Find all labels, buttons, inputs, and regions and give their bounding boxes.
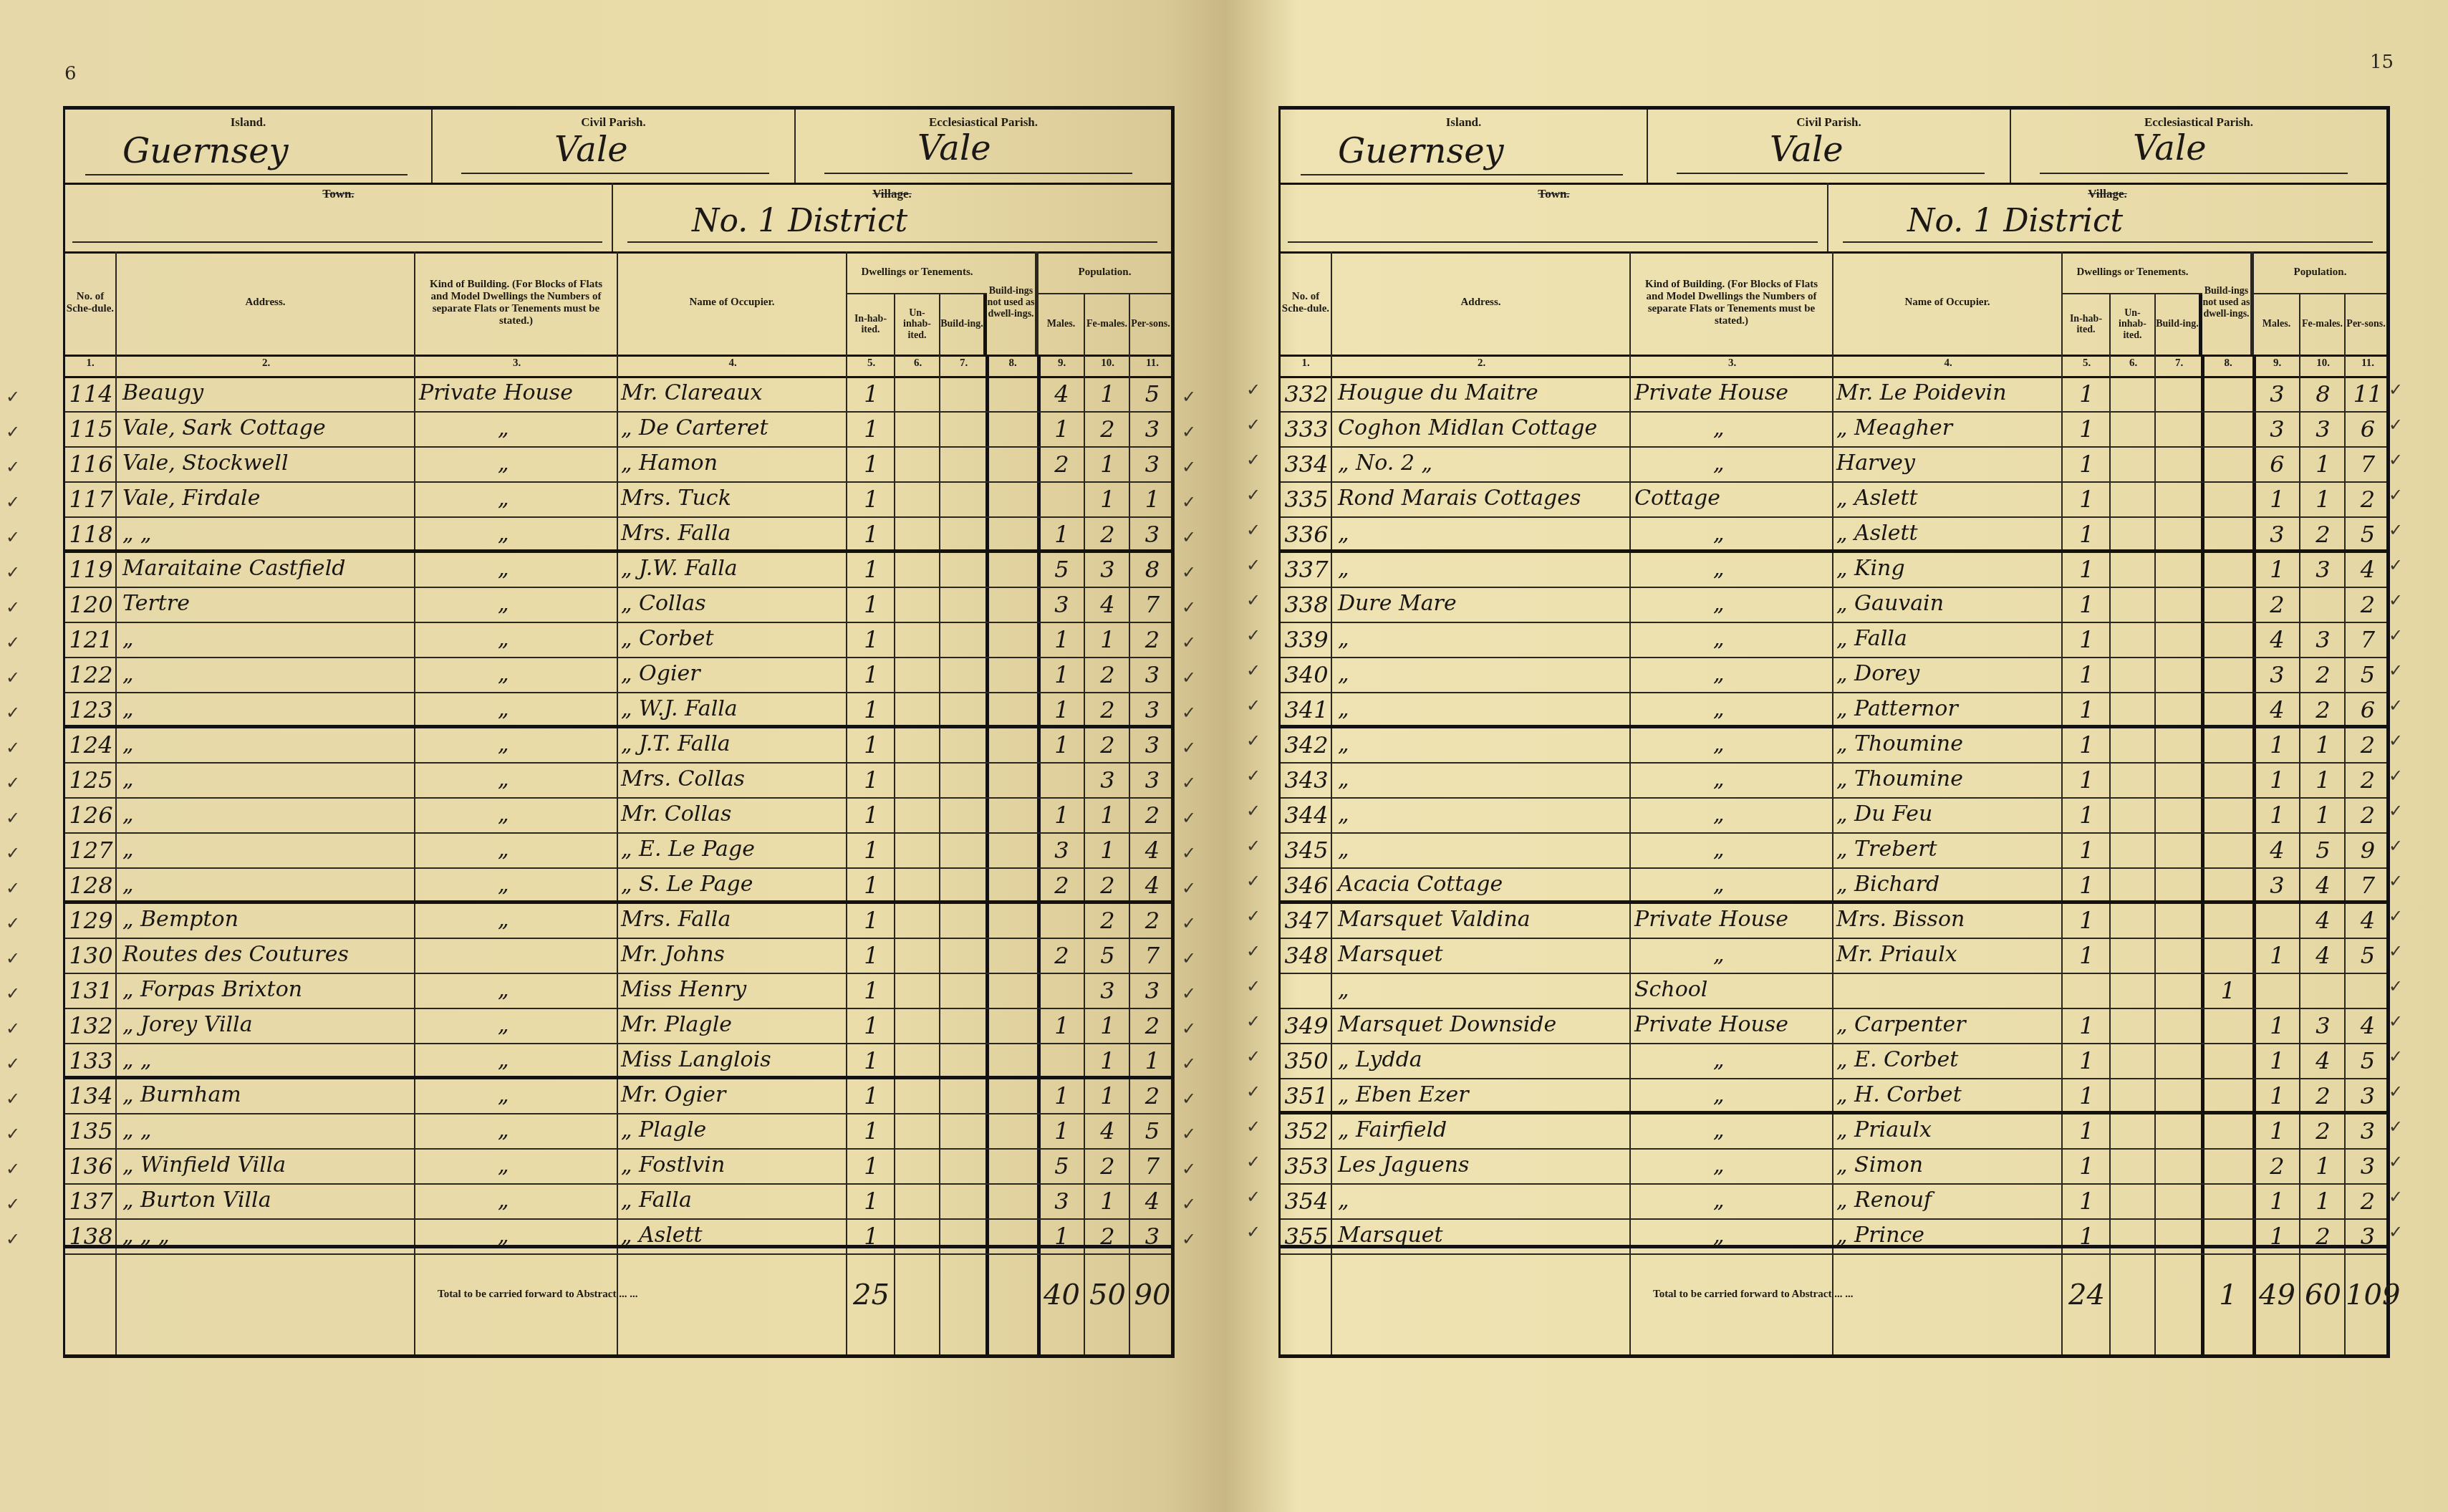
check-mark-icon: ✓	[6, 1159, 20, 1179]
address: „ Burton Villa	[122, 1188, 271, 1213]
schedule-number: 119	[68, 556, 114, 583]
town-label: Town.	[1281, 187, 1827, 201]
address: „	[122, 696, 134, 721]
inhabited-count: 1	[847, 486, 895, 513]
kind-of-building: „	[498, 696, 509, 721]
occupier-name: „ Priaulx	[1836, 1117, 1932, 1142]
column-number: 4.	[1833, 357, 2063, 370]
males-count: 2	[1039, 942, 1085, 969]
check-mark-icon: ✓	[6, 387, 20, 407]
check-mark-icon: ✓	[1182, 1019, 1196, 1039]
check-mark-icon: ✓	[1182, 1194, 1196, 1214]
col-building-header: Build-ing.	[940, 294, 987, 355]
males-count: 1	[2254, 766, 2300, 794]
page-number: 6	[64, 63, 77, 85]
check-mark-icon: ✓	[1182, 1089, 1196, 1109]
island-cell: Island. Guernsey	[65, 110, 433, 183]
check-mark-icon: ✓	[1182, 878, 1196, 898]
check-mark-icon: ✓	[2389, 1152, 2403, 1172]
persons-count: 7	[1130, 942, 1175, 969]
census-row: 346Acacia Cottage„„ Bichard1347	[1281, 867, 2386, 904]
population-group-header: Population.	[2254, 251, 2386, 294]
inhabited-count: 1	[2063, 1082, 2111, 1109]
females-count: 4	[2300, 1047, 2346, 1074]
civil-parish-value: Vale	[554, 130, 628, 170]
inhabited-count: 1	[847, 1117, 895, 1145]
occupier-name: Mrs. Falla	[621, 907, 731, 932]
check-mark-icon: ✓	[6, 983, 20, 1003]
address: „	[1338, 766, 1349, 791]
address: Marsquet	[1338, 1223, 1443, 1248]
census-row: 334„ No. 2 „„Harvey1617	[1281, 446, 2386, 483]
check-mark-icon: ✓	[2389, 836, 2403, 856]
schedule-number: 345	[1283, 837, 1329, 864]
inhabited-count: 1	[847, 1047, 895, 1074]
inhabited-count: 1	[2063, 486, 2111, 513]
persons-count: 3	[2346, 1152, 2390, 1180]
check-mark-icon: ✓	[2389, 660, 2403, 680]
col-inhabited-header: In-hab-ited.	[847, 294, 895, 355]
females-count: 1	[1085, 837, 1130, 864]
persons-count: 4	[2346, 1012, 2390, 1039]
check-mark-icon: ✓	[1246, 555, 1261, 575]
column-number: 1.	[65, 357, 115, 370]
females-count: 1	[1085, 1047, 1130, 1074]
persons-count: 2	[2346, 766, 2390, 794]
males-count: 1	[1039, 521, 1085, 548]
inhabited-count: 1	[847, 521, 895, 548]
schedule-number: 118	[68, 521, 114, 548]
dwellings-group-header: Dwellings or Tenements.	[847, 251, 987, 294]
persons-count: 3	[2346, 1117, 2390, 1145]
address: „	[122, 731, 134, 756]
check-mark-icon: ✓	[1182, 1229, 1196, 1249]
males-count: 3	[2254, 661, 2300, 688]
check-mark-icon: ✓	[1246, 625, 1261, 645]
females-count: 2	[2300, 696, 2346, 723]
inhabited-count: 1	[2063, 801, 2111, 829]
town-cell: Town.	[65, 183, 613, 251]
kind-of-building: „	[1713, 801, 1725, 827]
inhabited-count: 1	[2063, 1117, 2111, 1145]
males-count: 6	[2254, 451, 2300, 478]
males-count: 5	[1039, 1152, 1085, 1180]
occupier-name: „ Meagher	[1836, 415, 1952, 440]
schedule-number: 117	[68, 486, 114, 513]
persons-count: 1	[1130, 1047, 1175, 1074]
kind-of-building: „	[498, 1082, 509, 1107]
town-cell: Town.	[1281, 183, 1828, 251]
kind-of-building: „	[498, 661, 509, 686]
inhabited-count: 1	[847, 837, 895, 864]
island-cell: Island. Guernsey	[1281, 110, 1648, 183]
address: „	[1338, 977, 1349, 1002]
address: „ Bempton	[122, 907, 238, 932]
col-name-header: Name of Occupier.	[618, 251, 847, 355]
check-mark-icon: ✓	[6, 457, 20, 477]
occupier-name: „ Bichard	[1836, 872, 1939, 897]
census-row: 114BeaugyPrivate HouseMr. Clareaux1415	[65, 376, 1171, 413]
males-count: 1	[2254, 1188, 2300, 1215]
persons-count: 3	[1130, 731, 1175, 759]
schedule-number: 333	[1283, 415, 1329, 443]
check-mark-icon: ✓	[6, 597, 20, 617]
kind-of-building: „	[1713, 626, 1725, 651]
total-not-dwellings: 1	[2202, 1279, 2254, 1311]
census-row: 335Rond Marais CottagesCottage„ Aslett11…	[1281, 481, 2386, 518]
address: Routes des Coutures	[122, 942, 349, 967]
occupier-name: „ J.T. Falla	[621, 731, 731, 756]
females-count: 3	[1085, 977, 1130, 1004]
not-dwelling-count: 1	[2202, 977, 2254, 1004]
persons-count: 3	[1130, 661, 1175, 688]
census-row: 118„ „„Mrs. Falla1123	[65, 516, 1171, 553]
check-mark-icon: ✓	[2389, 906, 2403, 926]
address: Vale, Stockwell	[122, 451, 289, 476]
column-number: 4.	[618, 357, 847, 370]
check-mark-icon: ✓	[1182, 738, 1196, 758]
inhabited-count: 1	[2063, 1012, 2111, 1039]
check-mark-icon: ✓	[1246, 871, 1261, 891]
address: „ Fairfield	[1338, 1117, 1447, 1142]
kind-of-building: „	[1713, 766, 1725, 791]
schedule-number: 337	[1283, 556, 1329, 583]
occupier-name: „ Aslett	[621, 1223, 703, 1248]
males-count: 4	[1039, 380, 1085, 408]
schedule-number: 353	[1283, 1152, 1329, 1180]
col-males-header: Males.	[1039, 294, 1085, 355]
inhabited-count: 1	[2063, 1152, 2111, 1180]
census-row: 342„„„ Thoumine1112	[1281, 727, 2386, 764]
col-persons-header: Per-sons.	[1130, 294, 1171, 355]
check-mark-icon: ✓	[1182, 422, 1196, 442]
schedule-number: 116	[68, 451, 114, 478]
females-count: 1	[2300, 1152, 2346, 1180]
males-count: 1	[1039, 1117, 1085, 1145]
check-mark-icon: ✓	[6, 422, 20, 442]
check-mark-icon: ✓	[1182, 597, 1196, 617]
civil-parish-label: Civil Parish.	[1648, 115, 2010, 130]
col-persons-header: Per-sons.	[2346, 294, 2386, 355]
occupier-name: „ Aslett	[1836, 486, 1918, 511]
check-mark-icon: ✓	[6, 948, 20, 968]
check-mark-icon: ✓	[1246, 801, 1261, 821]
census-row: 347Marsquet ValdinaPrivate HouseMrs. Bis…	[1281, 902, 2386, 939]
persons-count: 2	[1130, 801, 1175, 829]
kind-of-building: „	[1713, 521, 1725, 546]
males-count: 1	[2254, 1082, 2300, 1109]
census-row: 129„ Bempton„Mrs. Falla122	[65, 902, 1171, 939]
census-row: 117Vale, Firdale„Mrs. Tuck111	[65, 481, 1171, 518]
males-count: 1	[1039, 1082, 1085, 1109]
district-value: No. 1 District	[1907, 203, 2123, 239]
occupier-name: „ Trebert	[1836, 837, 1937, 862]
inhabited-count: 1	[2063, 626, 2111, 653]
occupier-name: Miss Henry	[621, 977, 746, 1002]
persons-count: 6	[2346, 696, 2390, 723]
col-males-header: Males.	[2254, 294, 2300, 355]
total-males: 40	[1039, 1279, 1085, 1311]
check-mark-icon: ✓	[6, 1124, 20, 1144]
males-count: 4	[2254, 626, 2300, 653]
males-count: 2	[2254, 1152, 2300, 1180]
census-row: „School1	[1281, 973, 2386, 1009]
check-mark-icon: ✓	[2389, 731, 2403, 751]
check-mark-icon: ✓	[1182, 387, 1196, 407]
column-number: 8.	[987, 357, 1039, 370]
check-mark-icon: ✓	[6, 1019, 20, 1039]
schedule-number: 136	[68, 1152, 114, 1180]
check-mark-icon: ✓	[6, 527, 20, 547]
check-mark-icon: ✓	[1182, 1159, 1196, 1179]
total-row: Total to be carried forward to Abstract …	[1281, 1245, 2386, 1354]
check-mark-icon: ✓	[1182, 843, 1196, 863]
col-name-header: Name of Occupier.	[1833, 251, 2063, 355]
kind-of-building: „	[498, 521, 509, 546]
kind-of-building: „	[498, 731, 509, 756]
check-mark-icon: ✓	[2389, 941, 2403, 961]
males-count: 2	[1039, 872, 1085, 899]
occupier-name: Mrs. Collas	[621, 766, 745, 791]
persons-count: 4	[2346, 907, 2390, 934]
inhabited-count: 1	[847, 907, 895, 934]
check-mark-icon: ✓	[1246, 485, 1261, 505]
check-mark-icon: ✓	[1182, 457, 1196, 477]
schedule-number: 351	[1283, 1082, 1329, 1109]
total-inhabited: 24	[2063, 1279, 2111, 1311]
females-count: 8	[2300, 380, 2346, 408]
address: Hougue du Maitre	[1338, 380, 1538, 405]
occupier-name: „ Patternor	[1836, 696, 1958, 721]
females-count: 1	[1085, 801, 1130, 829]
census-row: 353Les Jaguens„„ Simon1213	[1281, 1148, 2386, 1185]
col-address-header: Address.	[117, 251, 415, 355]
address: Dure Mare	[1338, 591, 1457, 616]
kind-of-building: Private House	[419, 380, 573, 405]
address: „ Forpas Brixton	[122, 977, 302, 1002]
occupier-name: „ King	[1836, 556, 1905, 581]
address: Maraitaine Castfield	[122, 556, 345, 581]
persons-count: 4	[1130, 837, 1175, 864]
check-mark-icon: ✓	[1246, 1222, 1261, 1242]
females-count: 4	[2300, 907, 2346, 934]
schedule-number: 335	[1283, 486, 1329, 513]
females-count: 1	[1085, 1188, 1130, 1215]
census-row: 337„„„ King1134	[1281, 552, 2386, 588]
address: „	[1338, 521, 1349, 546]
village-label: Village.	[1828, 187, 2386, 201]
males-count: 3	[2254, 380, 2300, 408]
census-row: 125„„Mrs. Collas133	[65, 762, 1171, 799]
census-row: 121„„„ Corbet1112	[65, 622, 1171, 658]
males-count: 4	[2254, 696, 2300, 723]
address: Rond Marais Cottages	[1338, 486, 1581, 511]
schedule-number: 352	[1283, 1117, 1329, 1145]
occupier-name: Mr. Le Poidevin	[1836, 380, 2007, 405]
occupier-name: „ Corbet	[621, 626, 713, 651]
occupier-name: „ Dorey	[1836, 661, 1919, 686]
inhabited-count: 1	[847, 591, 895, 618]
check-mark-icon: ✓	[1182, 527, 1196, 547]
address: „ „	[122, 1047, 152, 1072]
occupier-name: Mrs. Falla	[621, 521, 731, 546]
kind-of-building: „	[1713, 556, 1725, 581]
males-count: 1	[2254, 1117, 2300, 1145]
check-mark-icon: ✓	[1246, 1187, 1261, 1207]
persons-count: 3	[1130, 451, 1175, 478]
inhabited-count: 1	[2063, 696, 2111, 723]
schedule-number: 342	[1283, 731, 1329, 759]
kind-of-building: Cottage	[1634, 486, 1720, 511]
inhabited-count: 1	[847, 766, 895, 794]
check-mark-icon: ✓	[2389, 1187, 2403, 1207]
kind-of-building: „	[498, 556, 509, 581]
ecclesiastical-parish-label: Ecclesiastical Parish.	[796, 115, 1171, 130]
occupier-name: „ S. Le Page	[621, 872, 753, 897]
check-mark-icon: ✓	[1246, 1152, 1261, 1172]
occupier-name: „ E. Le Page	[621, 837, 755, 862]
address: „ Winfield Villa	[122, 1152, 286, 1178]
check-mark-icon: ✓	[6, 562, 20, 582]
check-mark-icon: ✓	[2389, 625, 2403, 645]
kind-of-building: „	[498, 1117, 509, 1142]
occupier-name: Mr. Collas	[621, 801, 731, 827]
census-row: 127„„„ E. Le Page1314	[65, 832, 1171, 869]
kind-of-building: „	[498, 1152, 509, 1178]
column-number: 5.	[847, 357, 895, 370]
census-row: 120Tertre„„ Collas1347	[65, 587, 1171, 623]
males-count: 3	[2254, 521, 2300, 548]
persons-count: 9	[2346, 837, 2390, 864]
females-count: 1	[2300, 766, 2346, 794]
inhabited-count: 1	[847, 626, 895, 653]
page-number: 15	[2370, 52, 2394, 73]
check-mark-icon: ✓	[1182, 1124, 1196, 1144]
address: Marsquet	[1338, 942, 1443, 967]
col-inhabited-header: In-hab-ited.	[2063, 294, 2111, 355]
schedule-number: 128	[68, 872, 114, 899]
dwellings-group-header: Dwellings or Tenements.	[2063, 251, 2202, 294]
kind-of-building: „	[1713, 591, 1725, 616]
village-cell: Village. No. 1 District	[613, 183, 1171, 251]
check-mark-icon: ✓	[2389, 976, 2403, 996]
address: „ „	[122, 521, 152, 546]
females-count: 2	[1085, 907, 1130, 934]
address: „ Eben Ezer	[1338, 1082, 1469, 1107]
census-row: 136„ Winfield Villa„„ Fostlvin1527	[65, 1148, 1171, 1185]
check-mark-icon: ✓	[1246, 1046, 1261, 1066]
kind-of-building: „	[1713, 696, 1725, 721]
district-value: No. 1 District	[692, 203, 907, 239]
kind-of-building: „	[498, 801, 509, 827]
persons-count: 7	[1130, 1152, 1175, 1180]
kind-of-building: School	[1634, 977, 1707, 1002]
check-mark-icon: ✓	[1246, 380, 1261, 400]
civil-parish-cell: Civil Parish. Vale	[1648, 110, 2011, 183]
left-page: 6 Island. Guernsey Civil Parish. Vale Ec…	[0, 0, 1224, 1512]
occupier-name: Mrs. Bisson	[1836, 907, 1965, 932]
town-label: Town.	[65, 187, 612, 201]
kind-of-building: „	[1713, 1188, 1725, 1213]
schedule-number: 126	[68, 801, 114, 829]
schedule-number: 135	[68, 1117, 114, 1145]
kind-of-building: „	[1713, 1223, 1725, 1248]
column-number-row: 1.2.3.4.5.6.7.8.9.10.11.	[65, 355, 1171, 378]
persons-count: 3	[1130, 696, 1175, 723]
males-count: 2	[2254, 591, 2300, 618]
column-number: 10.	[2300, 357, 2346, 370]
total-persons: 109	[2346, 1279, 2390, 1311]
census-form: Island. Guernsey Civil Parish. Vale Eccl…	[1278, 106, 2390, 1358]
schedule-number: 341	[1283, 696, 1329, 723]
column-number: 11.	[1130, 357, 1175, 370]
check-mark-icon: ✓	[1182, 808, 1196, 828]
females-count: 1	[1085, 380, 1130, 408]
address: „	[122, 801, 134, 827]
males-count: 1	[2254, 556, 2300, 583]
column-number: 1.	[1281, 357, 1331, 370]
inhabited-count: 1	[2063, 415, 2111, 443]
address: „	[1338, 731, 1349, 756]
check-mark-icon: ✓	[1182, 773, 1196, 793]
females-count: 1	[1085, 1082, 1130, 1109]
occupier-name: „ Falla	[621, 1188, 692, 1213]
persons-count: 7	[2346, 626, 2390, 653]
schedule-number: 343	[1283, 766, 1329, 794]
females-count: 4	[2300, 942, 2346, 969]
males-count: 1	[1039, 1012, 1085, 1039]
census-row: 340„„„ Dorey1325	[1281, 657, 2386, 693]
island-label: Island.	[65, 115, 431, 130]
check-mark-icon: ✓	[6, 878, 20, 898]
address: „	[1338, 556, 1349, 581]
females-count: 3	[1085, 556, 1130, 583]
total-persons: 90	[1130, 1279, 1175, 1311]
column-number: 9.	[1039, 357, 1085, 370]
males-count: 3	[2254, 872, 2300, 899]
check-mark-icon: ✓	[1182, 492, 1196, 512]
address: „	[1338, 801, 1349, 827]
males-count: 1	[2254, 1012, 2300, 1039]
kind-of-building: „	[498, 626, 509, 651]
females-count: 2	[2300, 661, 2346, 688]
schedule-number: 131	[68, 977, 114, 1004]
census-row: 128„„„ S. Le Page1224	[65, 867, 1171, 904]
col-not-dwellings-header: Build-ings not used as dwell-ings.	[987, 251, 1039, 355]
address: Tertre	[122, 591, 190, 616]
females-count: 1	[2300, 801, 2346, 829]
check-mark-icon: ✓	[2389, 766, 2403, 786]
check-mark-icon: ✓	[1246, 1011, 1261, 1031]
persons-count: 6	[2346, 415, 2390, 443]
check-mark-icon: ✓	[1182, 1054, 1196, 1074]
persons-count: 1	[1130, 486, 1175, 513]
persons-count: 2	[1130, 907, 1175, 934]
column-number: 2.	[1332, 357, 1631, 370]
check-mark-icon: ✓	[6, 668, 20, 688]
inhabited-count: 1	[2063, 837, 2111, 864]
census-row: 124„„„ J.T. Falla1123	[65, 727, 1171, 764]
check-mark-icon: ✓	[2389, 380, 2403, 400]
persons-count: 5	[2346, 661, 2390, 688]
census-row: 344„„„ Du Feu1112	[1281, 797, 2386, 834]
females-count: 1	[1085, 626, 1130, 653]
right-page: 15 Island. Guernsey Civil Parish. Vale E…	[1224, 0, 2448, 1512]
check-mark-icon: ✓	[1182, 632, 1196, 653]
column-number: 3.	[415, 357, 618, 370]
check-mark-icon: ✓	[2389, 520, 2403, 540]
persons-count: 2	[2346, 1188, 2390, 1215]
